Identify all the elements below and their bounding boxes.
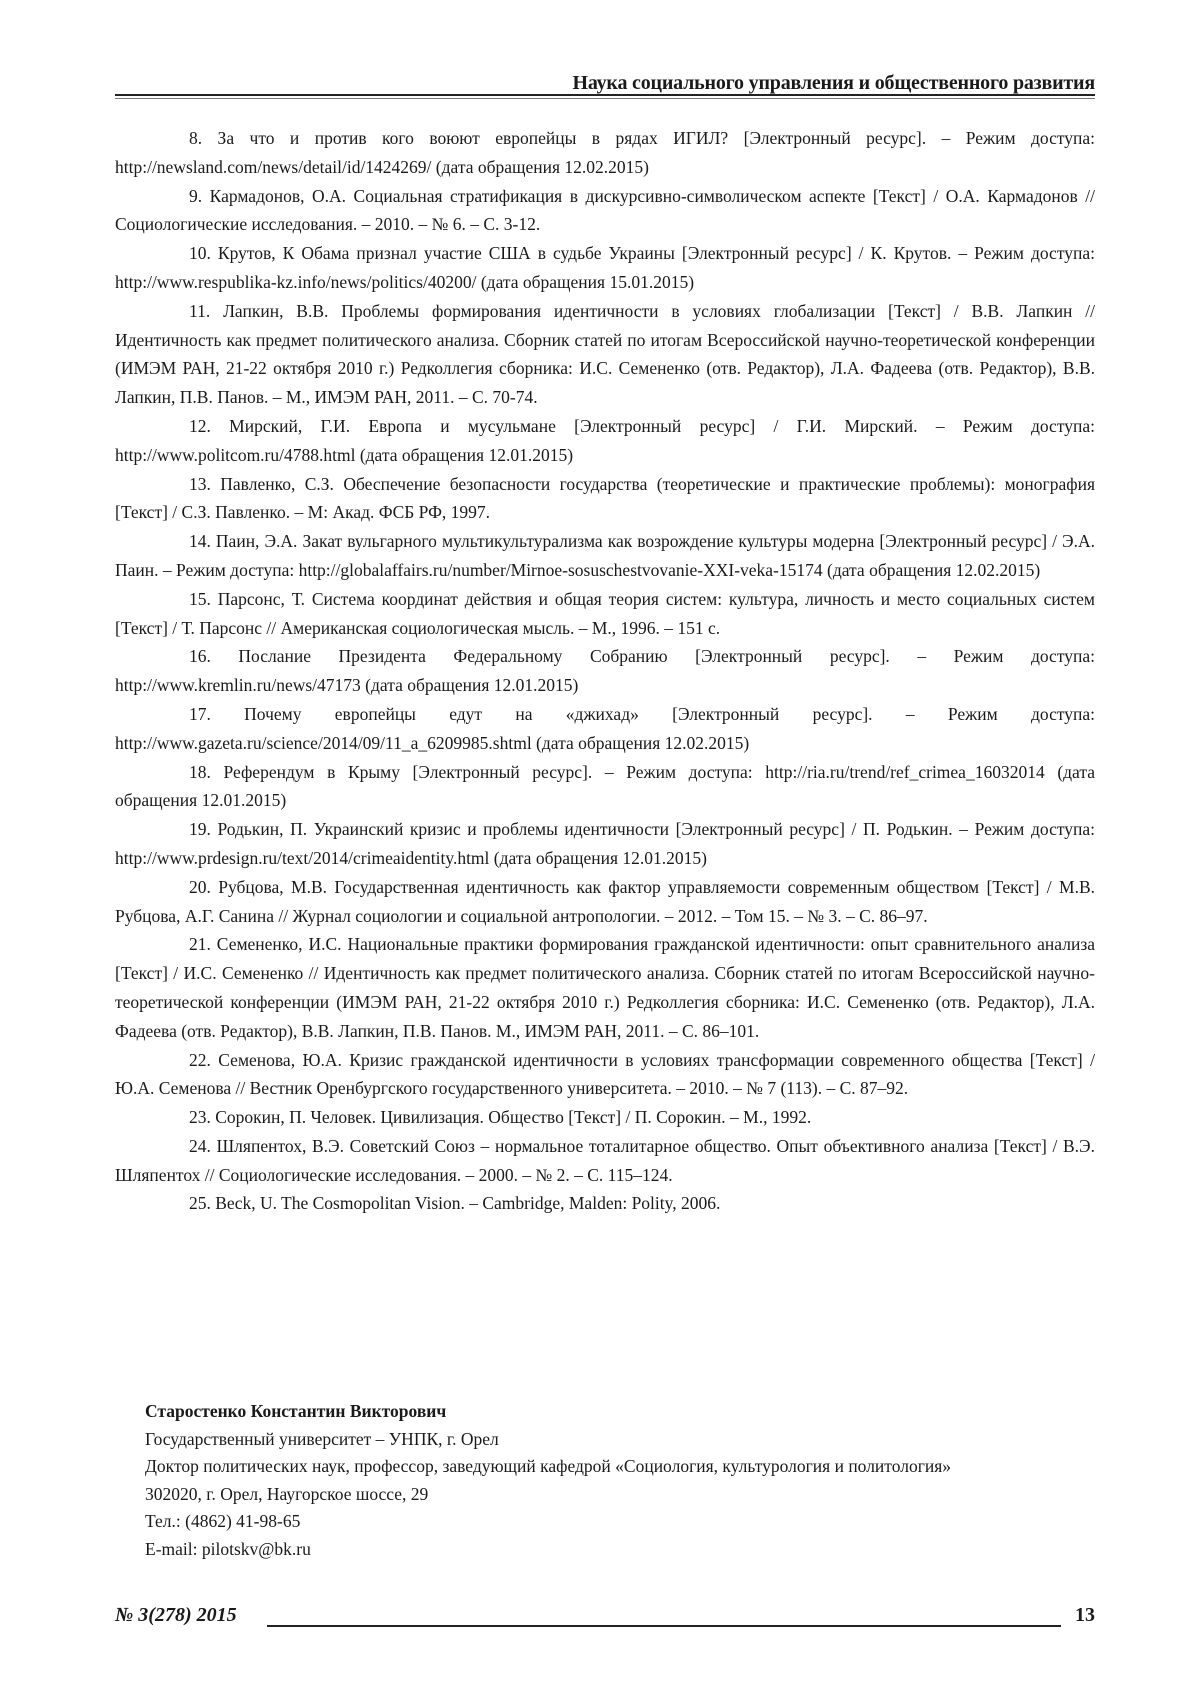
page-number: 13 [1075,1604,1095,1627]
reference-item: 19. Родькин, П. Украинский кризис и проб… [115,815,1095,873]
reference-item: 25. Beck, U. The Cosmopolitan Vision. – … [115,1189,1095,1218]
footer-rule [267,1625,1061,1627]
reference-item: 9. Кармадонов, О.А. Социальная стратифик… [115,182,1095,240]
author-info: Старостенко Константин Викторович Госуда… [145,1398,1095,1563]
reference-item: 13. Павленко, С.З. Обеспечение безопасно… [115,470,1095,528]
reference-item: 22. Семенова, Ю.А. Кризис гражданской ид… [115,1046,1095,1104]
reference-item: 15. Парсонс, Т. Система координат действ… [115,585,1095,643]
header-rule-thin [115,98,1095,99]
reference-item: 21. Семененко, И.С. Национальные практик… [115,930,1095,1045]
author-email: E-mail: pilotskv@bk.ru [145,1536,1095,1564]
author-address: 302020, г. Орел, Наугорское шоссе, 29 [145,1481,1095,1509]
reference-item: 17. Почему европейцы едут на «джихад» [Э… [115,700,1095,758]
reference-item: 14. Паин, Э.А. Закат вульгарного мультик… [115,527,1095,585]
author-position: Доктор политических наук, профессор, зав… [145,1453,1095,1481]
reference-item: 24. Шляпентох, В.Э. Советский Союз – нор… [115,1132,1095,1190]
reference-item: 16. Послание Президента Федеральному Соб… [115,642,1095,700]
running-header: Наука социального управления и обществен… [115,66,1095,96]
reference-list: 8. За что и против кого воюют европейцы … [115,124,1095,1218]
page-footer: № 3(278) 2015 13 [115,1604,1095,1634]
issue-number: № 3(278) 2015 [115,1604,237,1627]
author-phone: Тел.: (4862) 41-98-65 [145,1508,1095,1536]
reference-item: 10. Крутов, К Обама признал участие США … [115,239,1095,297]
reference-item: 18. Референдум в Крыму [Электронный ресу… [115,758,1095,816]
author-name: Старостенко Константин Викторович [145,1398,1095,1426]
header-rule [115,94,1095,96]
reference-item: 11. Лапкин, В.В. Проблемы формирования и… [115,297,1095,412]
reference-item: 12. Мирский, Г.И. Европа и мусульмане [Э… [115,412,1095,470]
author-affiliation: Государственный университет – УНПК, г. О… [145,1426,1095,1454]
reference-item: 20. Рубцова, М.В. Государственная иденти… [115,873,1095,931]
reference-item: 23. Сорокин, П. Человек. Цивилизация. Об… [115,1103,1095,1132]
reference-item: 8. За что и против кого воюют европейцы … [115,124,1095,182]
journal-title: Наука социального управления и обществен… [572,72,1095,95]
